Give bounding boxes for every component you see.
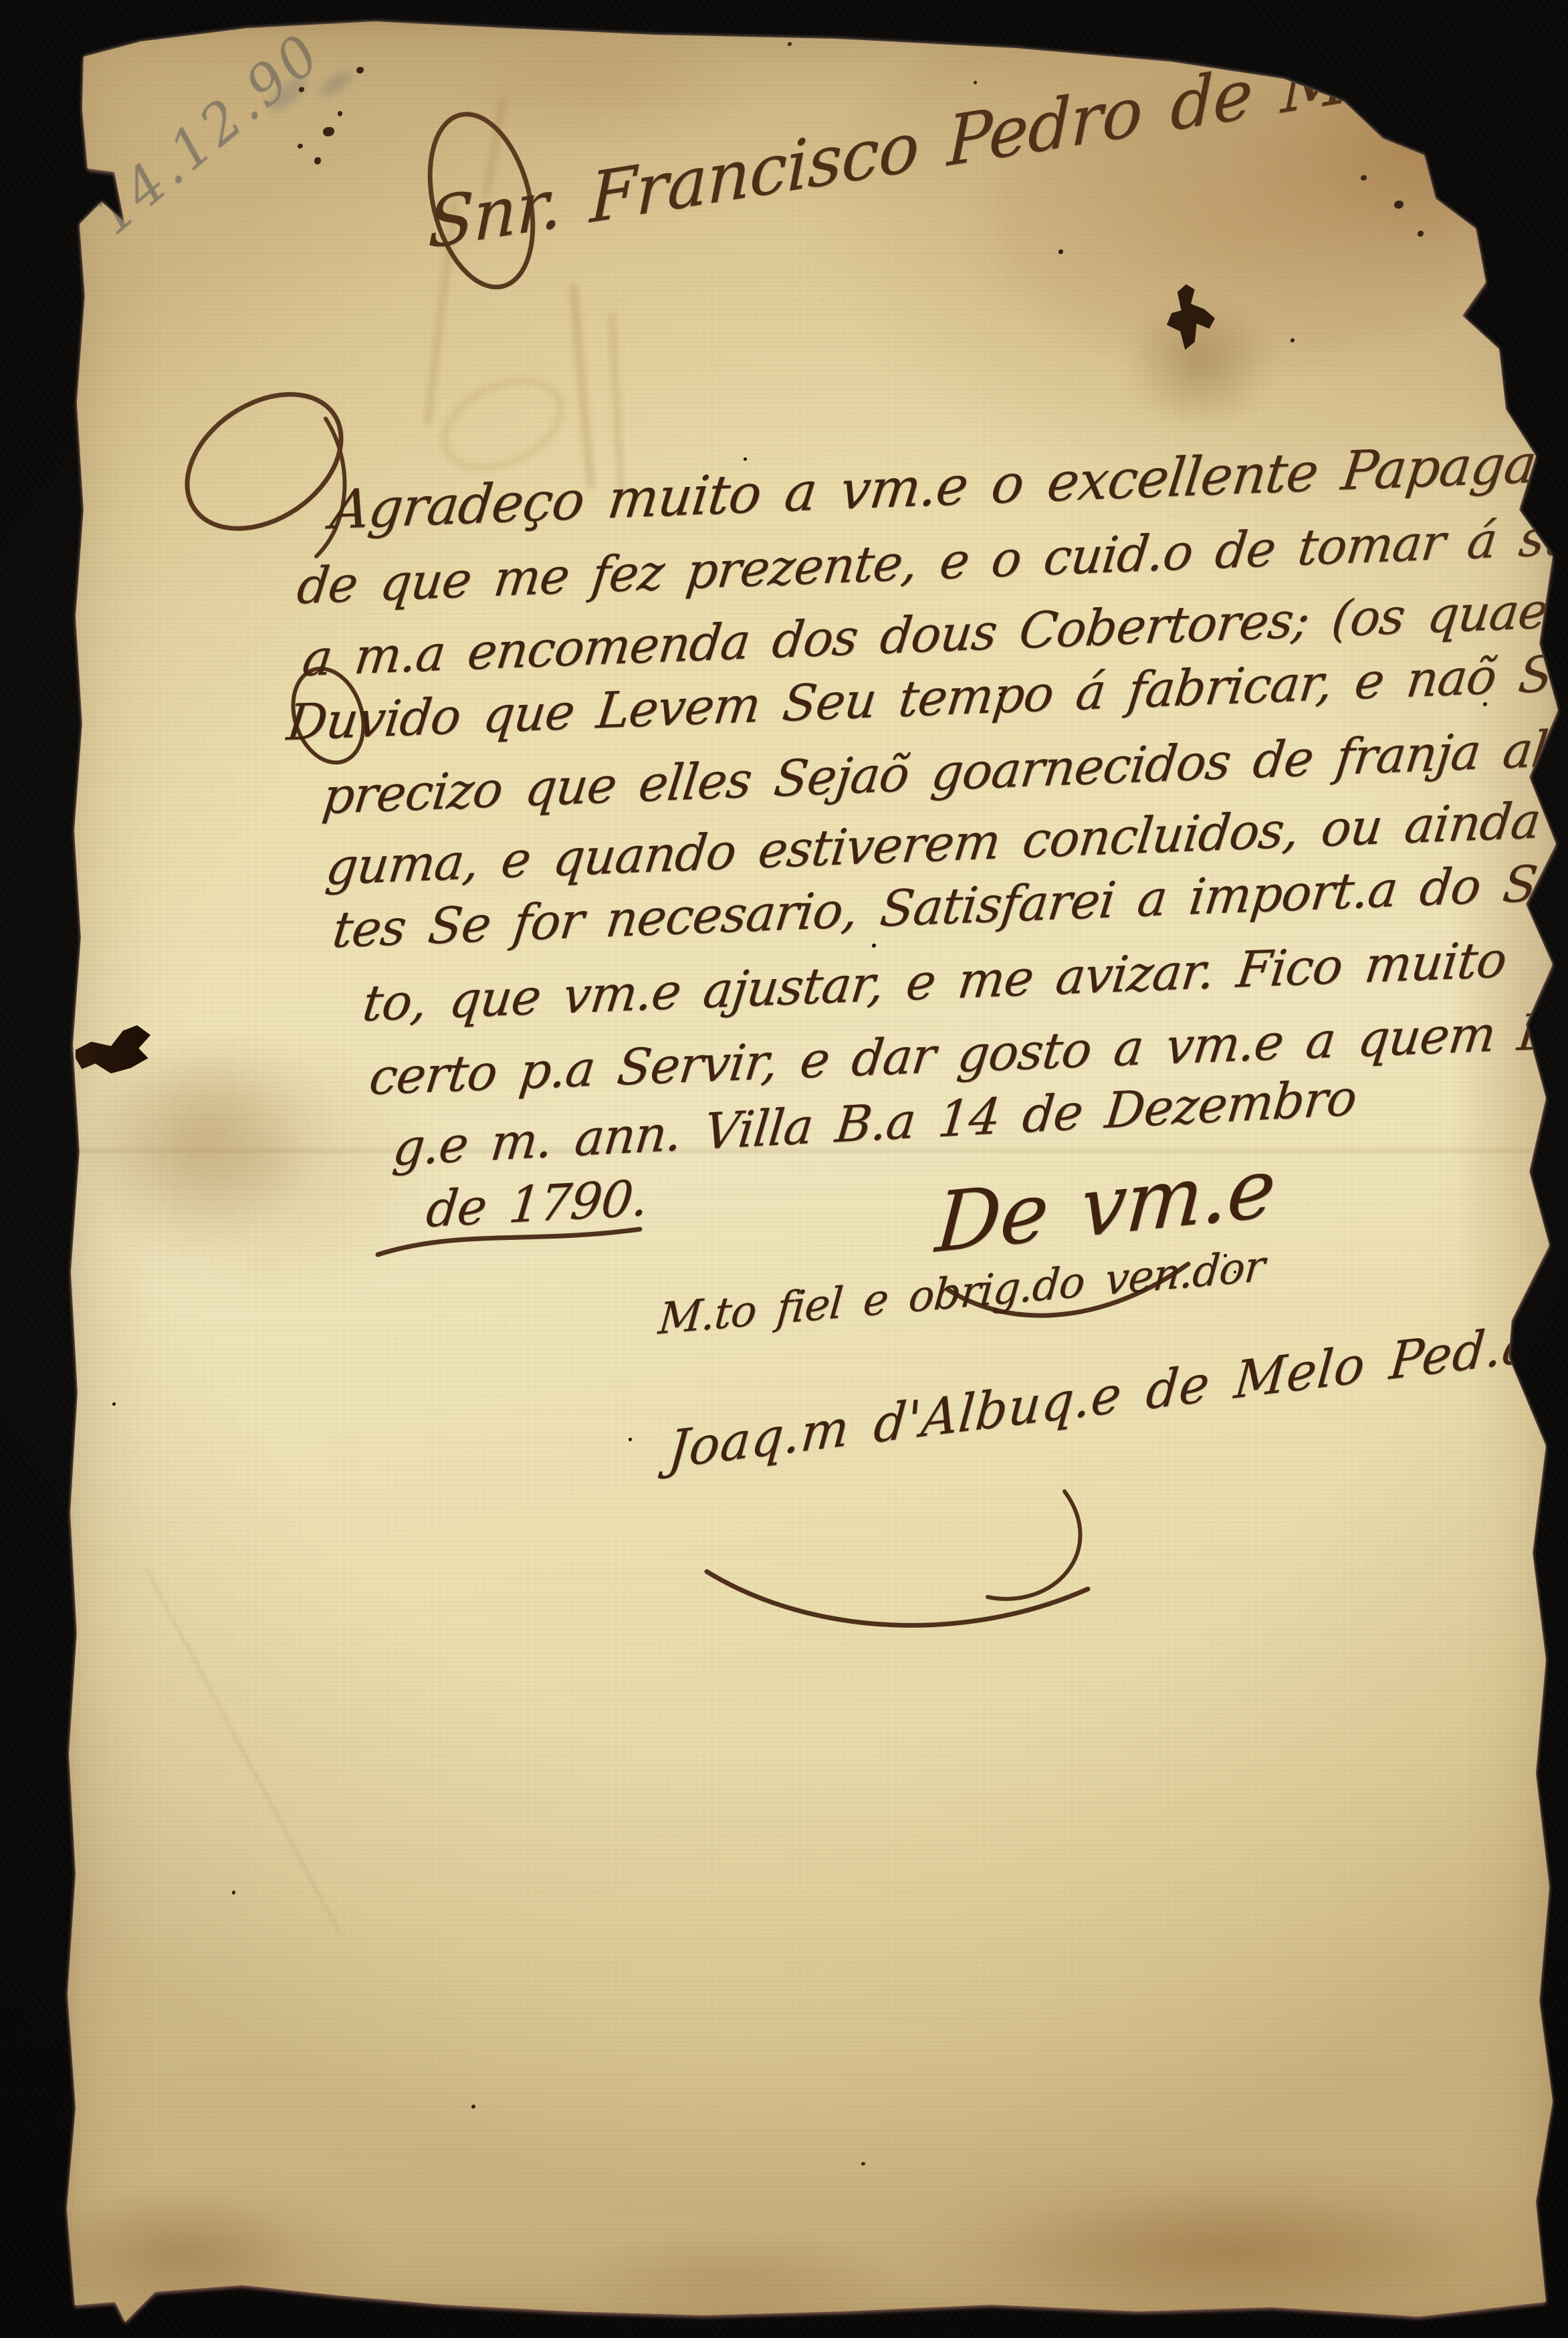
ink-speck <box>744 457 747 461</box>
pen-flourishes <box>64 19 1558 2323</box>
paper-texture <box>64 19 1558 2323</box>
ink-speck <box>974 81 977 84</box>
signature-paraph-tail <box>988 1491 1081 1599</box>
ink-speck <box>788 42 792 46</box>
ink-speck <box>298 144 303 148</box>
ink-speck <box>338 111 342 116</box>
ink-blot-halo <box>1123 296 1277 430</box>
water-stain-top-corner <box>1234 0 1568 286</box>
ink-speck <box>356 67 364 74</box>
ink-speck <box>861 2162 865 2165</box>
signature-paraph <box>707 1572 1088 1625</box>
letter-heading: Snr. Francisco Pedro de Mello. <box>427 16 1490 265</box>
ink-speck <box>314 157 321 165</box>
ink-speck <box>112 1402 116 1406</box>
ink-speck <box>323 127 334 136</box>
ink-speck <box>629 1438 632 1441</box>
paper-wrap: 14.12.90 Snr. Francisco Pedro de Mello. … <box>0 0 1568 2338</box>
ink-speck <box>1058 249 1063 254</box>
fold-crease-diagonal <box>144 1568 343 1936</box>
paper-sheet: 14.12.90 Snr. Francisco Pedro de Mello. … <box>64 19 1558 2323</box>
ink-speck <box>1418 231 1424 237</box>
ink-bleedthrough <box>609 313 624 494</box>
ink-blot <box>1167 284 1215 350</box>
ink-speck <box>1361 175 1367 181</box>
ink-speck <box>1291 338 1295 342</box>
ink-blot <box>76 1025 154 1080</box>
paper-vignette <box>64 19 1558 2323</box>
ink-speck <box>872 944 876 948</box>
ink-speck <box>1394 201 1404 209</box>
water-stain-bottom-left <box>43 2179 378 2333</box>
ink-blot-halo <box>80 1045 308 1253</box>
ink-bleedthrough <box>570 283 595 490</box>
water-stain-bottom-right <box>906 2159 1568 2326</box>
letter-line: de 1790. <box>423 1169 650 1239</box>
ink-speck <box>471 2105 475 2109</box>
pencil-date-annotation: 14.12.90 <box>82 21 334 247</box>
ink-speck <box>232 1891 235 1895</box>
